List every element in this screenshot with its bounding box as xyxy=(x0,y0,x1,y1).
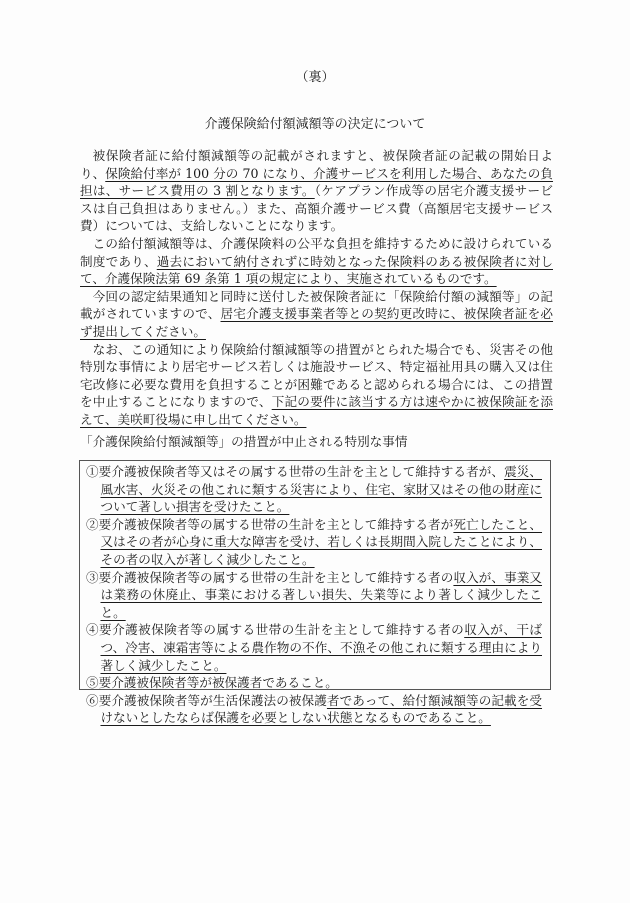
condition-number: ② xyxy=(86,517,99,532)
condition-text: 要介護被保険者等が被保護者であること。 xyxy=(99,675,338,690)
condition-number: ④ xyxy=(86,622,99,637)
condition-text: 要介護被保険者等又はその属する世帯の生計を主として維持する者が、 xyxy=(99,464,504,479)
condition-text: 要介護被保険者等が生活保護法の被保護 xyxy=(99,693,327,708)
condition-number: ⑤ xyxy=(86,675,99,690)
paragraph-system-purpose: この給付額減額等は、介護保険料の公平な負担を維持するために設けられている制度であ… xyxy=(80,235,553,288)
paragraph-reduction-effect: 被保険者証に給付額減額等の記載がされますと、被保険者証の記載の開始日より、保険給… xyxy=(80,147,553,235)
special-circumstances-box: ①要介護被保険者等又はその属する世帯の生計を主として維持する者が、震災、風水害、… xyxy=(79,460,551,690)
condition-item-5: ⑤要介護被保険者等が被保護者であること。 xyxy=(86,674,542,692)
condition-item-3: ③要介護被保険者等の属する世帯の生計を主として維持する者の収入が、事業又は業務の… xyxy=(86,569,542,622)
condition-item-2: ②要介護被保険者等の属する世帯の生計を主として維持する者が死亡したこと、又はその… xyxy=(86,516,542,569)
condition-item-4: ④要介護被保険者等の属する世帯の生計を主として維持する者の収入が、干ばつ、冷害、… xyxy=(86,621,542,674)
paragraph-suspension-notice: なお、この通知により保険給付額減額等の措置がとられた場合でも、災害その他特別な事… xyxy=(80,341,553,429)
paragraph-insurance-card: 今回の認定結果通知と同時に送付した被保険者証に「保険給付額の減額等」の記載がされ… xyxy=(80,288,553,341)
condition-item-1: ①要介護被保険者等又はその属する世帯の生計を主として維持する者が、震災、風水害、… xyxy=(86,463,542,516)
condition-item-6: ⑥要介護被保険者等が生活保護法の被保護者であって、給付額減額等の記載を受けないと… xyxy=(86,692,542,727)
condition-text: 要介護被保険者等の属する世帯の生計を主として維持する者が xyxy=(99,517,454,532)
explanation-body: 被保険者証に給付額減額等の記載がされますと、被保険者証の記載の開始日より、保険給… xyxy=(80,147,553,429)
condition-number: ③ xyxy=(86,570,99,585)
condition-text: 要介護被保険者等の属する世帯の生計を主として維持する者の xyxy=(99,570,454,585)
document-title: 介護保険給付額減額等の決定について xyxy=(0,113,630,132)
condition-text: 要介護被保険者等の属する世帯の生計を主として維持する者の xyxy=(99,622,464,637)
condition-number: ① xyxy=(86,464,99,479)
condition-number: ⑥ xyxy=(86,693,99,708)
special-circumstances-heading: 「介護保険給付額減額等」の措置が中止される特別な事情 xyxy=(80,431,407,450)
page-side-label: （裏） xyxy=(0,66,630,85)
